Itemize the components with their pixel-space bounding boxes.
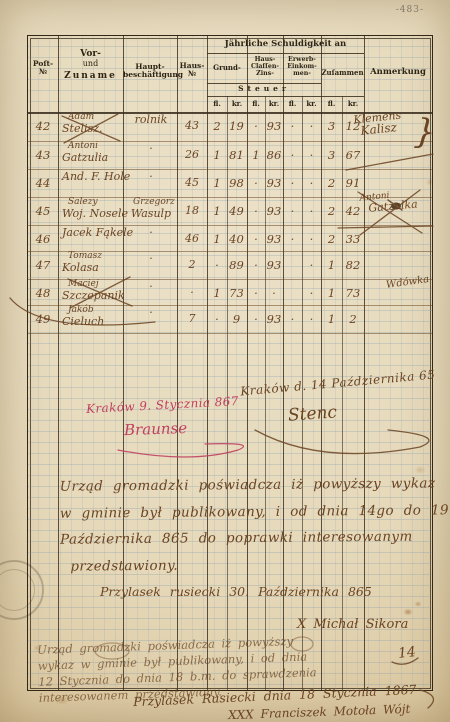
certify1-line1: Urząd gromadzki poświadcza iż powyższy w… — [60, 470, 450, 500]
remark-45-line2: Gatzulka — [368, 199, 418, 215]
remark-row-48: Wdówka — [385, 274, 429, 291]
remark-rows-42-43: Klemens Kalisz — [353, 110, 403, 139]
signature-sikora: X Michał Sikora — [297, 617, 408, 632]
bottom-signature-wojt: XXX Franciszek Motoła Wójt — [228, 702, 411, 722]
certification-1: Urząd gromadzki poświadcza iż powyższy w… — [60, 470, 450, 579]
remark-42-line2: Kalisz — [360, 121, 403, 138]
handwritten-notes-layer: Klemens Kalisz } Antoni Gatzulka Wdówka … — [0, 0, 450, 722]
red-signature: Braunse — [124, 419, 188, 439]
remark-brace: } — [413, 111, 437, 152]
certify1-line2: w gminie był publikowany, i od dnia 14go… — [60, 497, 450, 527]
brown-signature: Stenc — [287, 402, 337, 425]
scanned-ledger-page: -483- Poſt- № Vor- und Zuname — [0, 0, 450, 722]
red-date-note: Kraków 9. Stycznia 867 — [86, 394, 239, 416]
remark-row-45: Antoni Gatzulka — [359, 190, 418, 216]
certify1-line3: Października 865 do poprawki interesowan… — [60, 523, 450, 553]
margin-number: 14 — [397, 644, 416, 662]
place-date-line-1: Przylasek rusiecki 30. Października 865 — [100, 584, 372, 599]
certify1-line4: przedstawiony. — [70, 550, 450, 580]
brown-date-note: Kraków d. 14 Października 65 — [240, 368, 436, 399]
